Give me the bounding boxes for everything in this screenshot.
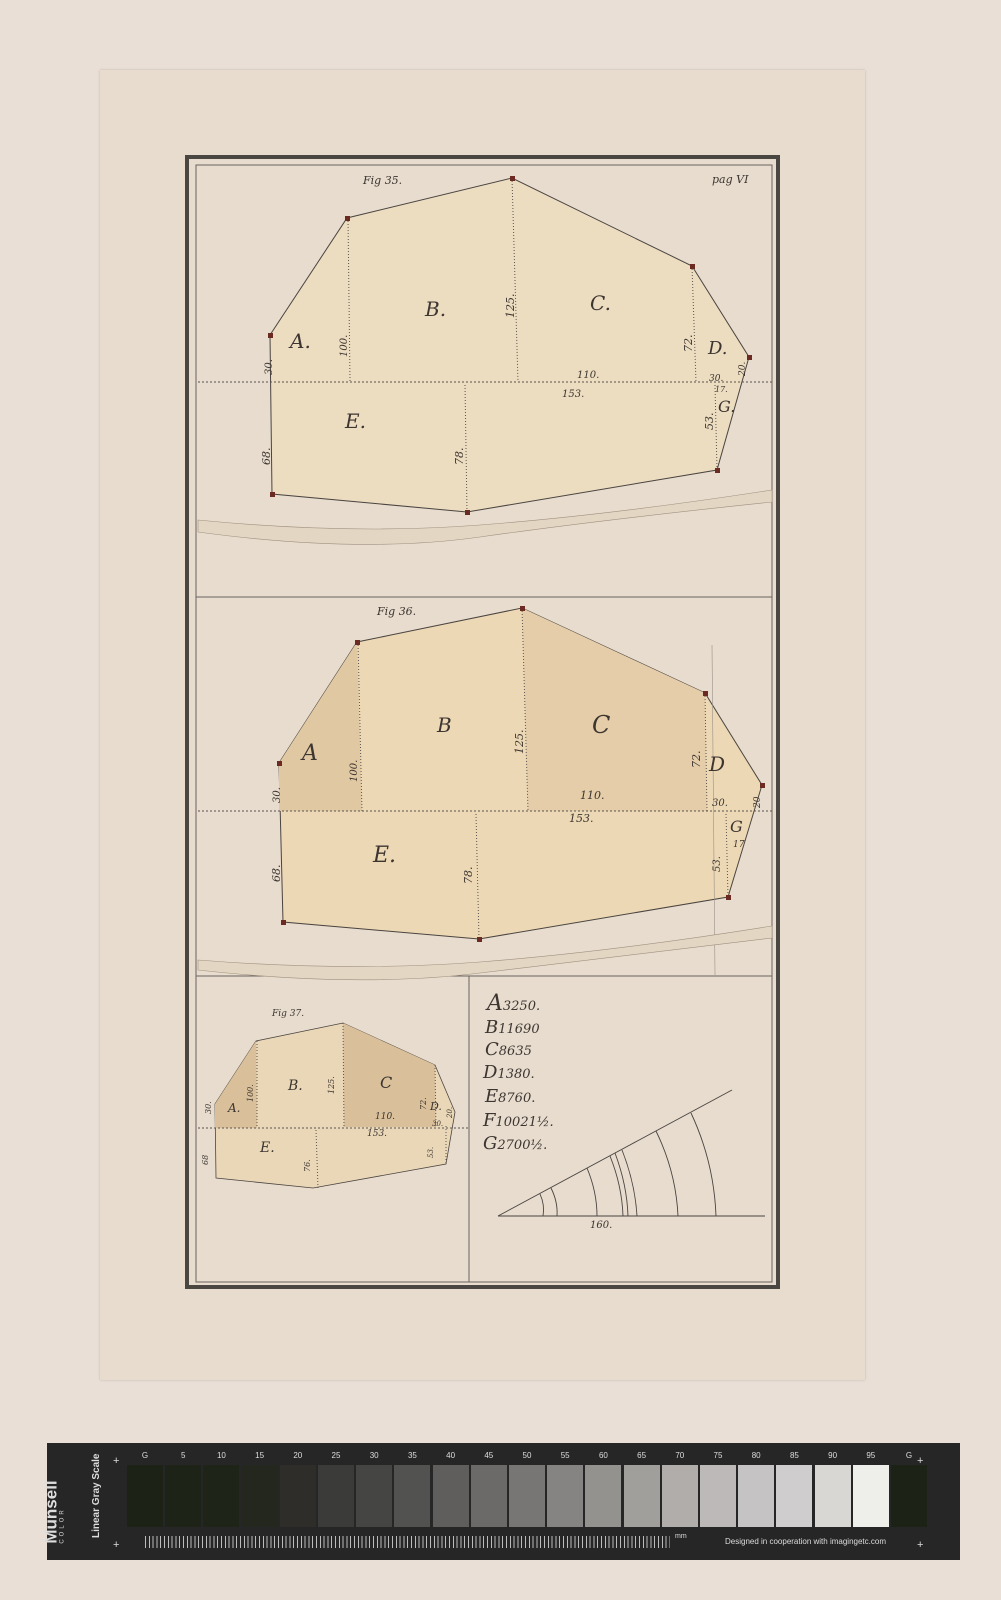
figure-36: Fig 36. A B C D E. G 110. 153. 30. 17 30… <box>198 605 772 980</box>
ruler-unit: mm <box>675 1533 687 1540</box>
gray-patch <box>471 1465 507 1527</box>
svg-text:53.: 53. <box>427 1147 435 1158</box>
svg-text:D: D <box>708 752 725 776</box>
gray-patch <box>585 1465 621 1527</box>
svg-text:20: 20 <box>753 796 763 809</box>
svg-text:76.: 76. <box>303 1159 312 1172</box>
svg-text:C8635: C8635 <box>485 1039 532 1060</box>
registration-mark: + <box>113 1539 119 1551</box>
mm-ruler <box>145 1536 670 1548</box>
svg-text:E8760.: E8760. <box>484 1086 535 1107</box>
svg-text:30.: 30. <box>204 1101 213 1114</box>
svg-text:30.: 30. <box>272 787 283 803</box>
gray-tick-label: 85 <box>776 1451 812 1460</box>
gray-tick-label: 80 <box>738 1451 774 1460</box>
gray-tick-label: 15 <box>242 1451 278 1460</box>
svg-text:G.: G. <box>718 397 735 416</box>
survey-plate-drawing: Fig 35. pag VI A. B. C. D. E. G. 110. 15… <box>0 0 1001 1420</box>
svg-text:125.: 125. <box>513 730 526 755</box>
svg-text:72.: 72. <box>690 751 703 769</box>
svg-text:68: 68 <box>201 1155 210 1165</box>
gray-tick-label: 40 <box>433 1451 469 1460</box>
gray-patch <box>776 1465 812 1527</box>
svg-text:68.: 68. <box>270 865 283 883</box>
svg-text:153.: 153. <box>367 1129 387 1139</box>
gray-tick-label: 90 <box>815 1451 851 1460</box>
gray-tick-label: 10 <box>203 1451 239 1460</box>
svg-text:78.: 78. <box>453 448 466 466</box>
gray-patch <box>127 1465 163 1527</box>
gray-tick-label: 25 <box>318 1451 354 1460</box>
svg-text:E.: E. <box>372 843 396 868</box>
gray-patch <box>433 1465 469 1527</box>
gray-patch <box>394 1465 430 1527</box>
svg-text:17: 17 <box>733 840 745 850</box>
svg-text:153.: 153. <box>569 812 594 825</box>
svg-text:B11690: B11690 <box>484 1017 540 1038</box>
svg-text:A.: A. <box>288 329 311 353</box>
gray-tick-label: 65 <box>624 1451 660 1460</box>
svg-text:125.: 125. <box>504 294 517 319</box>
svg-text:C: C <box>380 1073 392 1092</box>
gray-patch <box>700 1465 736 1527</box>
svg-text:110.: 110. <box>577 370 599 381</box>
gray-patch <box>242 1465 278 1527</box>
svg-text:Fig 37.: Fig 37. <box>271 1009 304 1019</box>
scale-title: Linear Gray Scale <box>91 1454 102 1539</box>
gray-patch <box>165 1465 201 1527</box>
gray-patch <box>318 1465 354 1527</box>
svg-text:53.: 53. <box>712 856 723 872</box>
svg-text:C: C <box>592 711 610 739</box>
svg-text:E.: E. <box>259 1140 275 1156</box>
svg-text:30.: 30. <box>264 359 275 375</box>
svg-text:68.: 68. <box>260 448 273 466</box>
svg-text:G2700½.: G2700½. <box>483 1133 547 1154</box>
gray-patch <box>738 1465 774 1527</box>
munsell-logo: MunsellCOLOR <box>52 1455 92 1555</box>
area-table: A3250. B11690 C8635 D1380. E8760. F10021… <box>482 991 554 1154</box>
svg-text:72.: 72. <box>419 1097 428 1110</box>
svg-text:20.: 20. <box>738 362 748 377</box>
figure-35: Fig 35. pag VI A. B. C. D. E. G. 110. 15… <box>198 173 772 544</box>
gray-tick-label: 95 <box>853 1451 889 1460</box>
gray-tick-label: 20 <box>280 1451 316 1460</box>
gray-tick-label: G <box>891 1451 927 1460</box>
munsell-gray-scale-card: MunsellCOLOR Linear Gray Scale + + + + G… <box>47 1443 960 1560</box>
gray-tick-label: 55 <box>547 1451 583 1460</box>
svg-text:153.: 153. <box>562 389 584 400</box>
svg-text:A: A <box>300 741 318 766</box>
gray-patch <box>356 1465 392 1527</box>
sector-diagram: 160. <box>498 1090 765 1231</box>
registration-mark: + <box>917 1539 923 1551</box>
gray-patch <box>280 1465 316 1527</box>
svg-text:C.: C. <box>590 291 611 315</box>
svg-text:30.: 30. <box>432 1120 443 1128</box>
svg-text:72.: 72. <box>682 335 695 353</box>
svg-text:100.: 100. <box>246 1084 255 1102</box>
svg-text:160.: 160. <box>590 1220 612 1231</box>
svg-text:30.: 30. <box>709 374 723 384</box>
gray-patch <box>509 1465 545 1527</box>
gray-tick-label: 75 <box>700 1451 736 1460</box>
gray-patch <box>891 1465 927 1527</box>
gray-tick-label: G <box>127 1451 163 1460</box>
gray-patch <box>547 1465 583 1527</box>
svg-text:D.: D. <box>429 1100 442 1113</box>
svg-text:20.: 20. <box>446 1107 454 1119</box>
svg-text:110.: 110. <box>375 1112 395 1122</box>
svg-text:Fig 35.: Fig 35. <box>362 174 402 187</box>
gray-tick-label: 30 <box>356 1451 392 1460</box>
gray-tick-label: 45 <box>471 1451 507 1460</box>
svg-text:E.: E. <box>344 409 366 433</box>
svg-text:100.: 100. <box>339 335 350 357</box>
svg-text:17.: 17. <box>715 385 728 394</box>
svg-text:100.: 100. <box>349 760 360 782</box>
svg-text:110.: 110. <box>580 789 605 802</box>
credit-text: Designed in cooperation with imagingetc.… <box>725 1537 886 1546</box>
svg-text:125.: 125. <box>327 1076 336 1094</box>
svg-text:A3250.: A3250. <box>485 991 540 1016</box>
svg-text:B.: B. <box>287 1078 303 1094</box>
svg-text:G: G <box>730 817 743 836</box>
gray-patch <box>662 1465 698 1527</box>
svg-text:B.: B. <box>424 297 446 321</box>
gray-tick-label: 70 <box>662 1451 698 1460</box>
figure-37: Fig 37. A. B. C D. E. 110. 153. 30. 30. … <box>198 1009 469 1188</box>
gray-tick-label: 50 <box>509 1451 545 1460</box>
svg-text:D.: D. <box>707 338 728 359</box>
svg-text:30.: 30. <box>712 798 728 809</box>
registration-mark: + <box>113 1455 119 1467</box>
gray-patch <box>624 1465 660 1527</box>
gray-tick-label: 60 <box>585 1451 621 1460</box>
gray-patch <box>853 1465 889 1527</box>
svg-text:78.: 78. <box>462 867 475 885</box>
svg-text:B: B <box>436 713 452 737</box>
svg-text:A.: A. <box>227 1101 240 1115</box>
svg-text:53.: 53. <box>703 413 716 431</box>
gray-patch <box>203 1465 239 1527</box>
svg-text:D1380.: D1380. <box>482 1062 535 1083</box>
svg-text:pag VI: pag VI <box>712 173 749 186</box>
svg-text:Fig 36.: Fig 36. <box>376 605 416 618</box>
svg-text:F10021½.: F10021½. <box>482 1110 554 1131</box>
gray-tick-label: 5 <box>165 1451 201 1460</box>
gray-tick-label: 35 <box>394 1451 430 1460</box>
gray-patch <box>815 1465 851 1527</box>
